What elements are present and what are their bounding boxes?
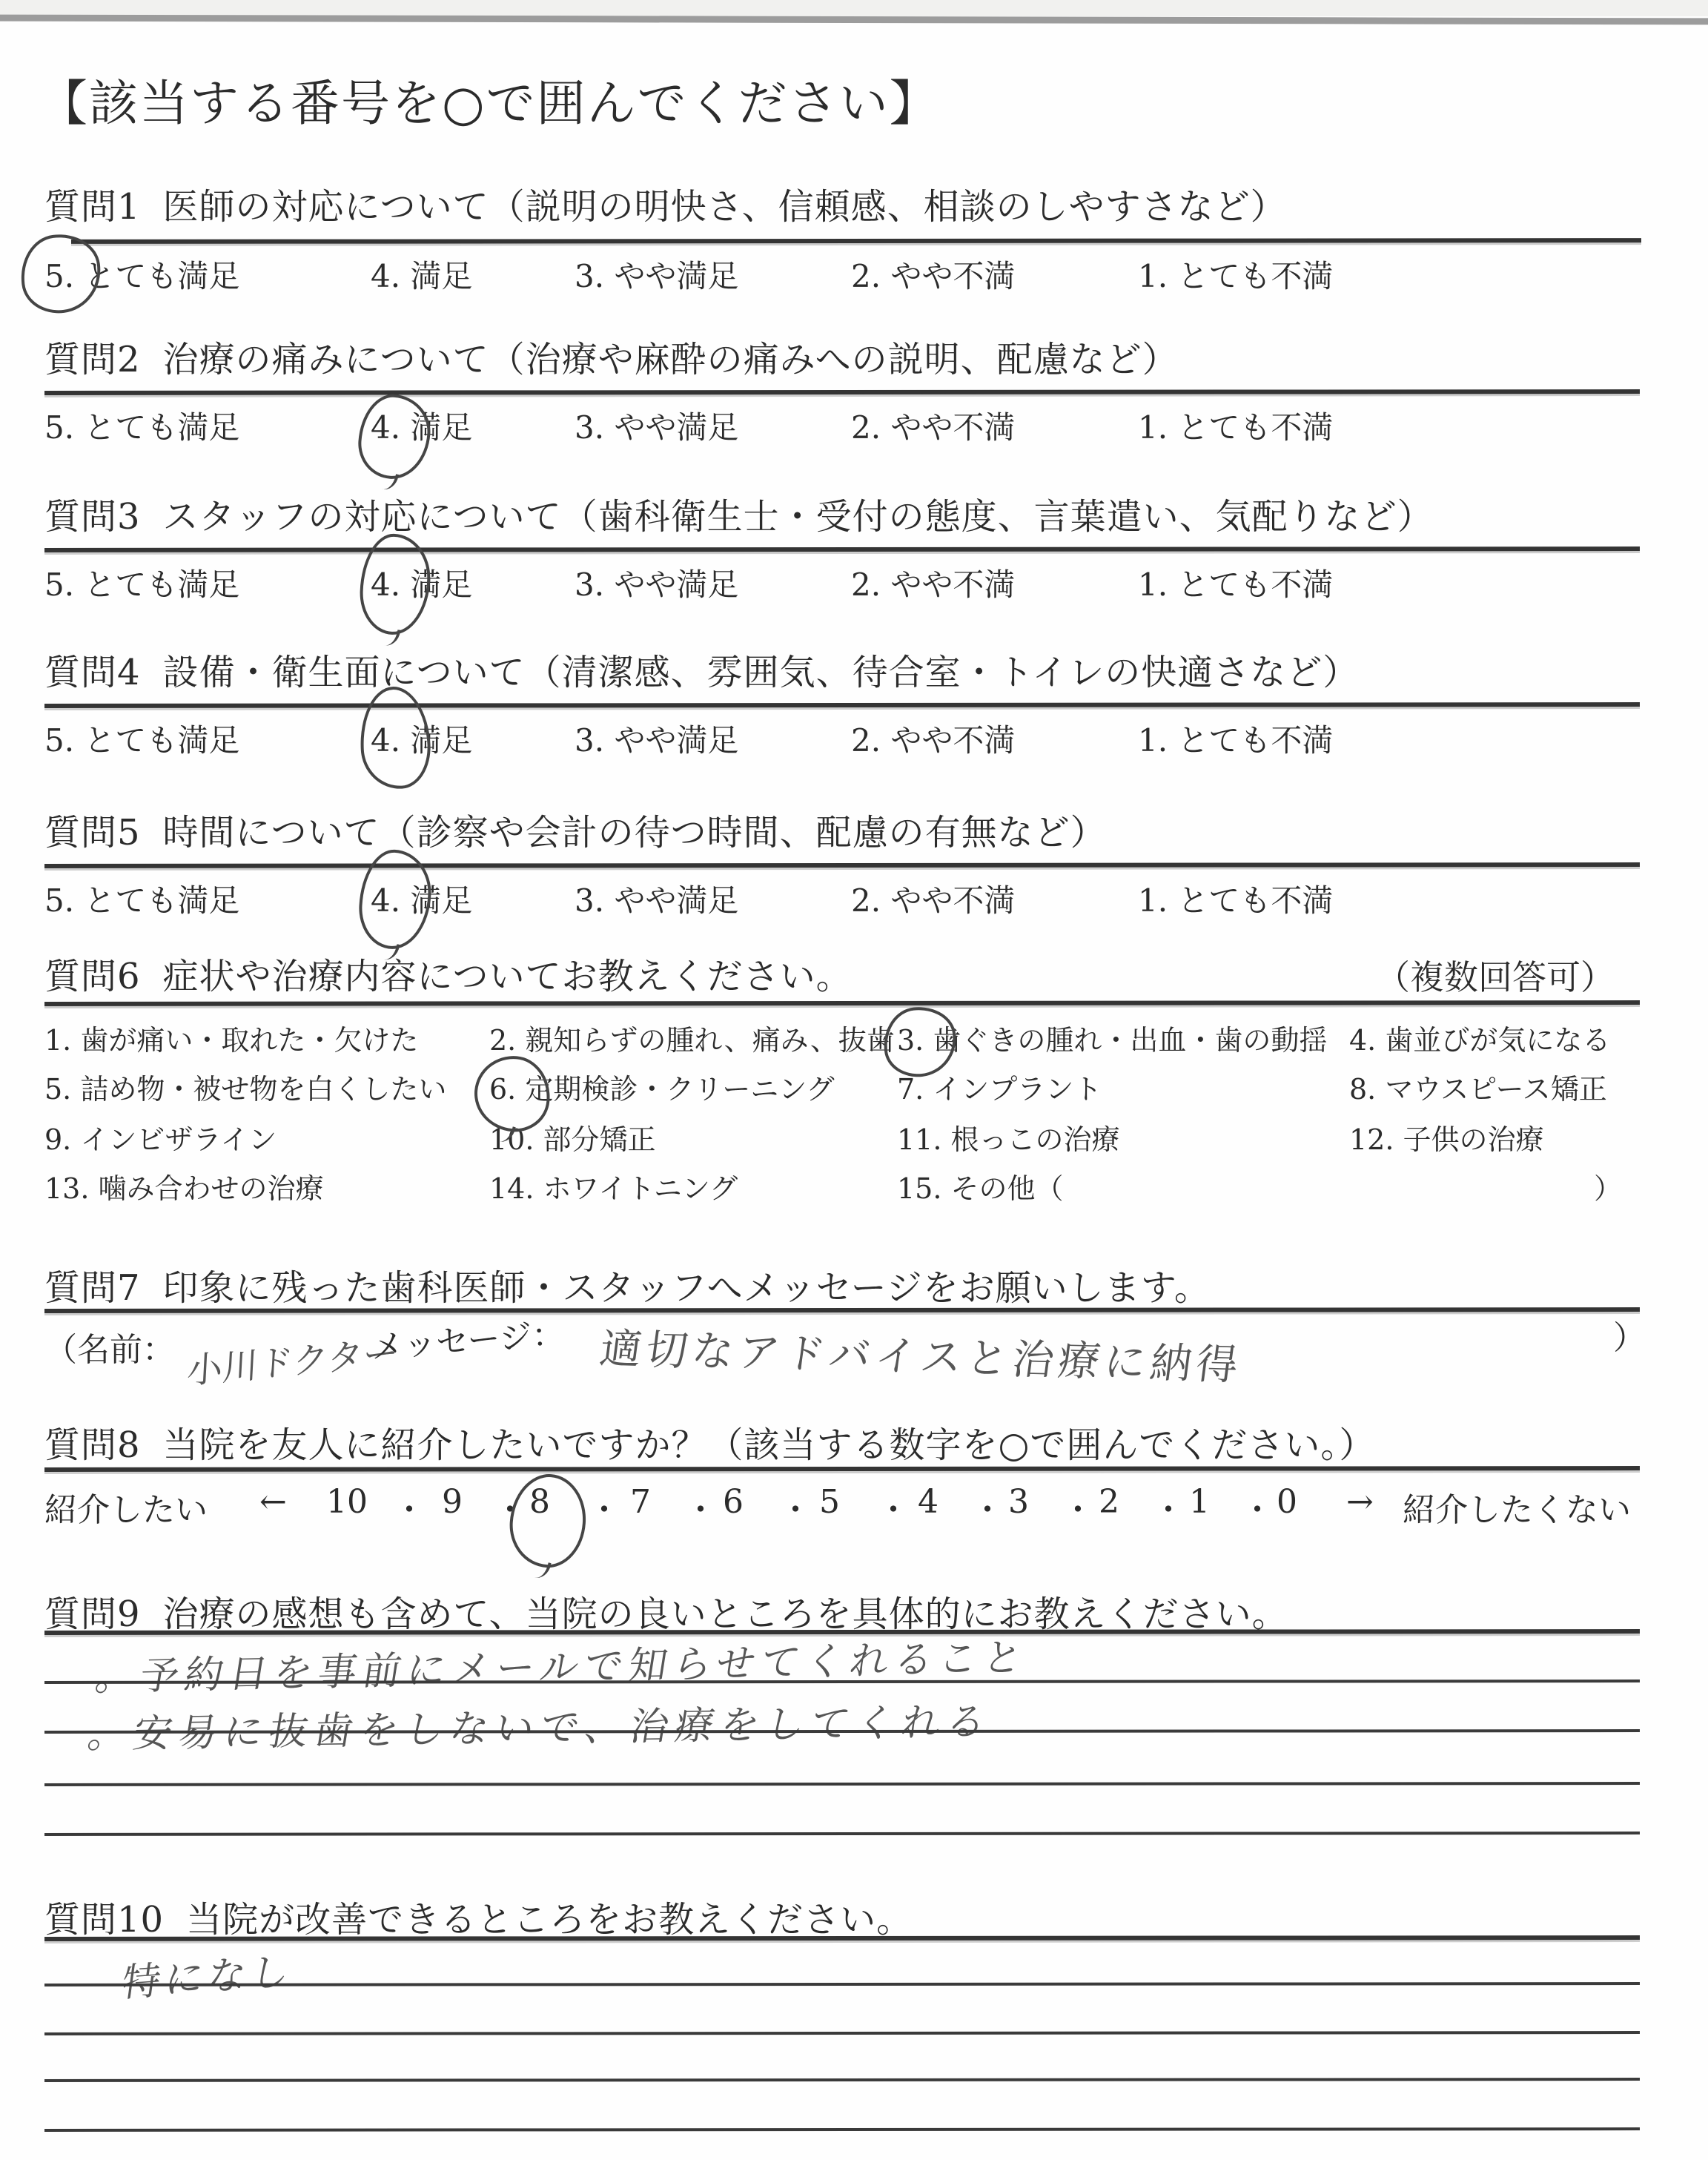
question-3-title: スタッフの対応について（歯科衛生士・受付の態度、言葉遣い、気配りなど） <box>163 496 1434 538</box>
handwritten-message: 適切なアドバイスと治療に納得 <box>597 1316 1247 1392</box>
question-6-number: 質問6 <box>44 956 141 997</box>
q6-item-9[interactable]: 9. インビザライン <box>44 1117 277 1157</box>
dot-separator: ・ <box>971 1483 1004 1530</box>
dot-separator: ・ <box>1241 1483 1274 1530</box>
satisfaction-option-2[interactable]: 2. やや不満 <box>851 716 1015 761</box>
question-2-header: 質問2治療の痛みについて（治療や麻酔の痛みへの説明、配慮など） <box>44 331 1179 382</box>
dot-separator: ・ <box>393 1483 426 1530</box>
question-5-title: 時間について（診察や会計の待つ時間、配慮の有無など） <box>163 812 1107 853</box>
question-5-header: 質問5時間について（診察や会計の待つ時間、配慮の有無など） <box>44 804 1107 855</box>
question-1-title: 医師の対応について（説明の明快さ、信頼感、相談のしやすさなど） <box>163 186 1287 228</box>
q6-item-15[interactable]: 15. その他（ <box>897 1166 1064 1206</box>
question-block-1: 質問1医師の対応について（説明の明快さ、信頼感、相談のしやすさなど） 5. とて… <box>0 178 1708 326</box>
answer-line <box>44 2078 1640 2082</box>
question-1-options: 5. とても満足 4. 満足 3. やや満足 2. やや不満 1. とても不満 <box>0 252 1708 300</box>
scale-number-10[interactable]: 10 <box>326 1483 368 1521</box>
question-5-number: 質問5 <box>44 812 141 853</box>
satisfaction-option-5[interactable]: 5. とても満足 <box>44 403 239 448</box>
question-8-number: 質問8 <box>44 1424 141 1466</box>
q6-item-14[interactable]: 14. ホワイトニング <box>489 1166 738 1206</box>
question-2-number: 質問2 <box>44 339 141 380</box>
question-2-options: 5. とても満足 4. 満足 3. やや満足 2. やや不満 1. とても不満 <box>0 403 1708 451</box>
question-5-underline <box>44 862 1640 868</box>
scale-number-3[interactable]: 3 <box>1008 1483 1029 1521</box>
question-2-title: 治療の痛みについて（治療や麻酔の痛みへの説明、配慮など） <box>163 339 1179 380</box>
left-arrow-icon: ← <box>259 1483 287 1521</box>
dot-separator: ・ <box>877 1483 910 1530</box>
close-paren: ） <box>1613 1311 1646 1358</box>
answer-line <box>44 1832 1640 1836</box>
satisfaction-option-3[interactable]: 3. やや満足 <box>575 716 738 761</box>
question-2-underline <box>44 389 1640 395</box>
satisfaction-option-1[interactable]: 1. とても不満 <box>1138 561 1333 605</box>
question-3-options: 5. とても満足 4. 満足 3. やや満足 2. やや不満 1. とても不満 <box>0 561 1708 608</box>
question-1-number: 質問1 <box>44 186 141 228</box>
handwritten-bullet: 。 <box>93 1654 144 1700</box>
scale-number-0[interactable]: 0 <box>1277 1483 1297 1521</box>
question-1-underline <box>71 238 1641 244</box>
question-8-header: 質問8当院を友人に紹介したいですか？（該当する数字を○で囲んでください。） <box>44 1416 1375 1467</box>
satisfaction-option-3[interactable]: 3. やや満足 <box>575 876 738 921</box>
name-label: （名前： <box>44 1323 175 1370</box>
satisfaction-option-5[interactable]: 5. とても満足 <box>44 716 239 761</box>
question-7-underline <box>44 1307 1640 1313</box>
question-block-3: 質問3スタッフの対応について（歯科衛生士・受付の態度、言葉遣い、気配りなど） 5… <box>0 488 1708 636</box>
recommend-scale-row: 紹介したい ← 10 ・ 9 ・ 8 ・ 7 ・ 6 ・ 5 ・ 4 ・ 3 ・… <box>0 1483 1708 1542</box>
satisfaction-option-2[interactable]: 2. やや不満 <box>851 876 1015 921</box>
dot-separator: ・ <box>588 1483 620 1530</box>
handwritten-answer: 特になし <box>119 1939 298 2007</box>
answer-line <box>44 2127 1640 2132</box>
question-9-header: 質問9治療の感想も含めて、当院の良いところを具体的にお教えください。 <box>44 1585 1288 1636</box>
right-arrow-icon: → <box>1346 1483 1374 1521</box>
satisfaction-option-2[interactable]: 2. やや不満 <box>851 561 1015 605</box>
question-block-7: 質問7印象に残った歯科医師・スタッフへメッセージをお願いします。 （名前： 小川… <box>0 1259 1708 1415</box>
question-7-number: 質問7 <box>44 1267 141 1309</box>
answer-line <box>44 1782 1640 1786</box>
question-8-title: 当院を友人に紹介したいですか？（該当する数字を○で囲んでください。） <box>163 1424 1376 1466</box>
satisfaction-option-2[interactable]: 2. やや不満 <box>851 403 1015 448</box>
question-10-number: 質問10 <box>44 1899 164 1941</box>
recommend-left-label: 紹介したい <box>44 1483 208 1530</box>
dot-separator: ・ <box>684 1483 717 1530</box>
dot-separator: ・ <box>1062 1483 1094 1530</box>
question-10-title: 当院が改善できるところをお教えください。 <box>186 1899 913 1941</box>
answer-circle-q4 <box>357 685 432 791</box>
question-3-header: 質問3スタッフの対応について（歯科衛生士・受付の態度、言葉遣い、気配りなど） <box>44 488 1434 539</box>
q6-item-4[interactable]: 4. 歯並びが気になる <box>1349 1017 1610 1058</box>
question-block-2: 質問2治療の痛みについて（治療や麻酔の痛みへの説明、配慮など） 5. とても満足… <box>0 331 1708 479</box>
q6-item-5[interactable]: 5. 詰め物・被せ物を白くしたい <box>44 1066 446 1107</box>
handwritten-bullet: 。 <box>85 1712 137 1757</box>
multiple-answers-note: （複数回答可） <box>1376 951 1615 1000</box>
question-4-header: 質問4設備・衛生面について（清潔感、雰囲気、待合室・トイレの快適さなど） <box>44 644 1359 695</box>
message-label: メッセージ： <box>369 1307 566 1368</box>
satisfaction-option-3[interactable]: 3. やや満足 <box>575 561 738 605</box>
question-4-number: 質問4 <box>44 652 141 693</box>
question-block-5: 質問5時間について（診察や会計の待つ時間、配慮の有無など） 5. とても満足 4… <box>0 804 1708 952</box>
question-7-header: 質問7印象に残った歯科医師・スタッフへメッセージをお願いします。 <box>44 1259 1211 1310</box>
question-1-header: 質問1医師の対応について（説明の明快さ、信頼感、相談のしやすさなど） <box>44 178 1287 229</box>
q6-item-2[interactable]: 2. 親知らずの腫れ、痛み、抜歯 <box>489 1017 895 1058</box>
satisfaction-option-1[interactable]: 1. とても不満 <box>1138 716 1333 761</box>
dot-separator: ・ <box>1152 1483 1185 1530</box>
question-9-number: 質問9 <box>44 1593 141 1635</box>
question-10-header: 質問10当院が改善できるところをお教えください。 <box>44 1891 913 1942</box>
question-3-underline <box>44 546 1640 552</box>
satisfaction-option-5[interactable]: 5. とても満足 <box>44 876 239 921</box>
satisfaction-option-2[interactable]: 2. やや不満 <box>851 252 1015 297</box>
q6-item-11[interactable]: 11. 根っこの治療 <box>897 1117 1120 1157</box>
question-6-underline <box>44 1000 1640 1006</box>
question-8-underline <box>44 1466 1640 1472</box>
question-4-title: 設備・衛生面について（清潔感、雰囲気、待合室・トイレの快適さなど） <box>163 652 1360 693</box>
q6-item-13[interactable]: 13. 噛み合わせの治療 <box>44 1166 324 1206</box>
scale-number-6[interactable]: 6 <box>723 1483 744 1521</box>
satisfaction-option-4[interactable]: 4. 満足 <box>371 252 472 297</box>
q6-item-12[interactable]: 12. 子供の治療 <box>1349 1117 1544 1157</box>
answer-line <box>44 1982 1640 1986</box>
form-title: 【該当する番号を○で囲んでください】 <box>39 64 940 134</box>
satisfaction-option-1[interactable]: 1. とても不満 <box>1138 876 1333 921</box>
question-block-4: 質問4設備・衛生面について（清潔感、雰囲気、待合室・トイレの快適さなど） 5. … <box>0 644 1708 792</box>
scale-number-9[interactable]: 9 <box>442 1483 463 1521</box>
handwritten-name: 小川ドクター <box>186 1324 400 1394</box>
recommend-right-label: 紹介したくない <box>1403 1483 1631 1530</box>
q6-item-1[interactable]: 1. 歯が痛い・取れた・欠けた <box>44 1017 418 1058</box>
q6-item-3[interactable]: 3. 歯ぐきの腫れ・出血・歯の動揺 <box>897 1017 1327 1058</box>
question-block-6: 質問6症状や治療内容についてお教えください。 （複数回答可） 1. 歯が痛い・取… <box>0 948 1708 1244</box>
question-block-10: 質問10当院が改善できるところをお教えください。 特になし <box>0 1891 1708 2143</box>
satisfaction-option-1[interactable]: 1. とても不満 <box>1138 252 1333 297</box>
question-block-8: 質問8当院を友人に紹介したいですか？（該当する数字を○で囲んでください。） 紹介… <box>0 1416 1708 1572</box>
scanned-survey-page: 【該当する番号を○で囲んでください】 質問1医師の対応について（説明の明快さ、信… <box>0 0 1708 2160</box>
satisfaction-option-1[interactable]: 1. とても不満 <box>1138 403 1333 448</box>
question-7-title: 印象に残った歯科医師・スタッフへメッセージをお願いします。 <box>163 1267 1211 1309</box>
satisfaction-option-3[interactable]: 3. やや満足 <box>575 403 738 448</box>
q6-item-8[interactable]: 8. マウスピース矯正 <box>1349 1066 1607 1107</box>
question-4-options: 5. とても満足 4. 満足 3. やや満足 2. やや不満 1. とても不満 <box>0 716 1708 764</box>
answer-line <box>44 2031 1640 2035</box>
handwritten-answer-line-2: 。安易に抜歯をしないで、治療をしてくれる <box>85 1690 997 1758</box>
question-block-9: 質問9治療の感想も含めて、当院の良いところを具体的にお教えください。 。予約日を… <box>0 1585 1708 1852</box>
question-3-number: 質問3 <box>44 496 141 538</box>
satisfaction-option-5[interactable]: 5. とても満足 <box>44 561 239 605</box>
scale-number-4[interactable]: 4 <box>918 1483 939 1521</box>
question-6-header: 質問6症状や治療内容についてお教えください。 <box>44 948 853 999</box>
dot-separator: ・ <box>779 1483 812 1530</box>
handwritten-answer-line-1: 。予約日を事前にメールで知らせてくれること <box>92 1626 1033 1702</box>
question-6-title: 症状や治療内容についてお教えください。 <box>163 956 853 997</box>
q6-other-close-paren: ） <box>1594 1166 1622 1206</box>
question-9-title: 治療の感想も含めて、当院の良いところを具体的にお教えください。 <box>163 1593 1288 1635</box>
question-5-options: 5. とても満足 4. 満足 3. やや満足 2. やや不満 1. とても不満 <box>0 876 1708 924</box>
scale-number-1[interactable]: 1 <box>1189 1483 1210 1521</box>
question-4-underline <box>44 702 1640 708</box>
scale-number-2[interactable]: 2 <box>1099 1483 1119 1521</box>
scale-number-5[interactable]: 5 <box>819 1483 840 1521</box>
scale-number-7[interactable]: 7 <box>630 1483 651 1521</box>
satisfaction-option-3[interactable]: 3. やや満足 <box>575 252 738 297</box>
scan-edge-band <box>0 0 1708 16</box>
